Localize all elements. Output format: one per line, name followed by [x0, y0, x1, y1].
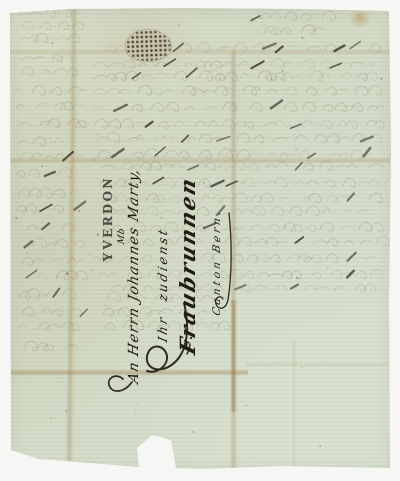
fold-crease-vertical-left — [65, 9, 79, 461]
ink-flourishes — [0, 0, 400, 481]
postmark-yverdon: YVERDON — [100, 176, 116, 262]
fold-crease-horizontal-top — [8, 49, 390, 55]
ink-stain — [348, 8, 372, 28]
address-courtesy-line: Ihr zudienst — [155, 226, 170, 344]
wafer-seal — [125, 29, 171, 62]
bleedthrough-handwriting — [0, 0, 400, 481]
letter-paper: YVERDON An Herrn Johannes Marty, Mb Ihr … — [0, 0, 400, 481]
fold-crease-horizontal-upper — [8, 157, 390, 164]
fold-crease-vertical-middle-dark — [230, 300, 237, 412]
address-place-line: Fraubrunnen — [175, 173, 200, 357]
address-superscript: Mb — [117, 227, 127, 245]
address-region-line: Canton Bern. — [211, 207, 223, 317]
letter-scan: YVERDON An Herrn Johannes Marty, Mb Ihr … — [0, 0, 400, 481]
fold-crease-vertical-right-faint — [292, 340, 297, 468]
fold-crease-horizontal-lower-right — [246, 362, 390, 367]
fold-crease-vertical-middle — [230, 50, 238, 470]
address-recipient-line: An Herrn Johannes Marty, — [126, 166, 142, 385]
